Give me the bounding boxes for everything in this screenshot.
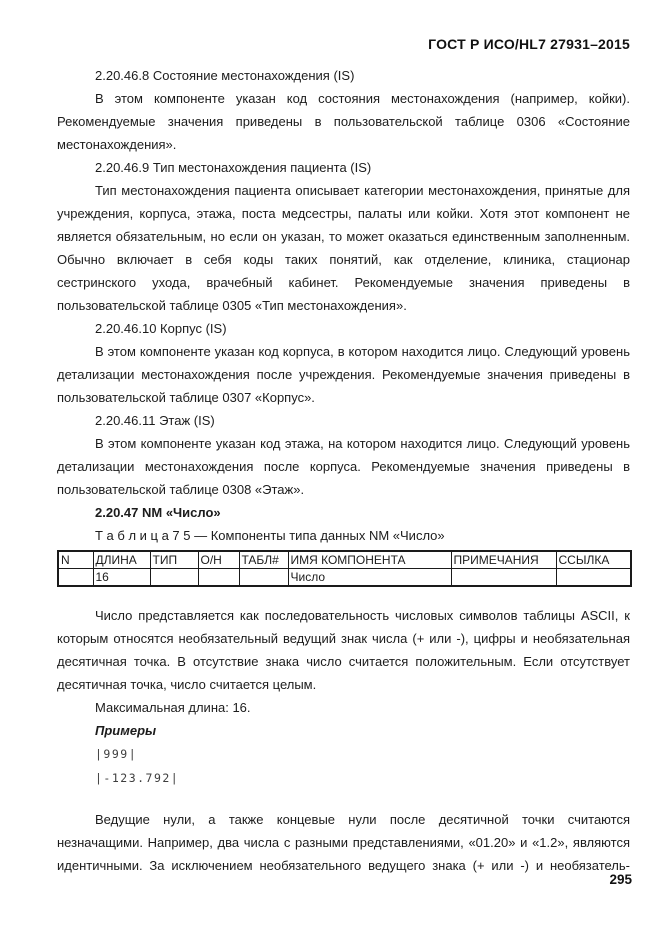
table-row: 16 Число: [58, 569, 631, 587]
col-header-opt: О/Н: [198, 551, 239, 569]
section-heading-2-20-46-10: 2.20.46.10 Корпус (IS): [57, 317, 630, 340]
cell-component-name: Число: [288, 569, 451, 587]
cell-tbl: [239, 569, 288, 587]
col-header-ref: ССЫЛКА: [556, 551, 631, 569]
col-header-n: N: [58, 551, 93, 569]
paragraph-2-20-46-8: В этом компоненте указан код состояния м…: [57, 87, 630, 156]
table-caption: Т а б л и ц а 7 5 — Компоненты типа данн…: [57, 524, 630, 547]
example-code-1: |999|: [57, 742, 630, 766]
examples-heading: Примеры: [57, 719, 630, 742]
document-header: ГОСТ Р ИСО/HL7 27931–2015: [0, 36, 661, 52]
max-length-line: Максимальная длина: 16.: [57, 696, 630, 719]
paragraph-trailing: Ведущие нули, а также концевые нули посл…: [57, 808, 630, 877]
col-header-type: ТИП: [150, 551, 198, 569]
cell-opt: [198, 569, 239, 587]
col-header-notes: ПРИМЕЧАНИЯ: [451, 551, 556, 569]
paragraph-nm-description: Число представляется как последовательно…: [57, 604, 630, 696]
cell-n: [58, 569, 93, 587]
paragraph-2-20-46-10: В этом компоненте указан код корпуса, в …: [57, 340, 630, 409]
table-header-row: N ДЛИНА ТИП О/Н ТАБЛ# ИМЯ КОМПОНЕНТА ПРИ…: [58, 551, 631, 569]
cell-ref: [556, 569, 631, 587]
page-number: 295: [609, 872, 632, 887]
paragraph-2-20-46-9: Тип местонахождения пациента описывает к…: [57, 179, 630, 317]
cell-notes: [451, 569, 556, 587]
example-code-2: |-123.792|: [57, 766, 630, 790]
components-table: N ДЛИНА ТИП О/Н ТАБЛ# ИМЯ КОМПОНЕНТА ПРИ…: [57, 550, 632, 587]
col-header-length: ДЛИНА: [93, 551, 150, 569]
col-header-tbl: ТАБЛ#: [239, 551, 288, 569]
section-heading-2-20-46-9: 2.20.46.9 Тип местонахождения пациента (…: [57, 156, 630, 179]
paragraph-2-20-46-11: В этом компоненте указан код этажа, на к…: [57, 432, 630, 501]
page-content: 2.20.46.8 Состояние местонахождения (IS)…: [0, 64, 661, 877]
document-page: ГОСТ Р ИСО/HL7 27931–2015 2.20.46.8 Сост…: [0, 0, 661, 935]
section-heading-2-20-46-8: 2.20.46.8 Состояние местонахождения (IS): [57, 64, 630, 87]
col-header-component-name: ИМЯ КОМПОНЕНТА: [288, 551, 451, 569]
section-heading-2-20-47: 2.20.47 NM «Число»: [57, 501, 630, 524]
cell-type: [150, 569, 198, 587]
cell-length: 16: [93, 569, 150, 587]
section-heading-2-20-46-11: 2.20.46.11 Этаж (IS): [57, 409, 630, 432]
